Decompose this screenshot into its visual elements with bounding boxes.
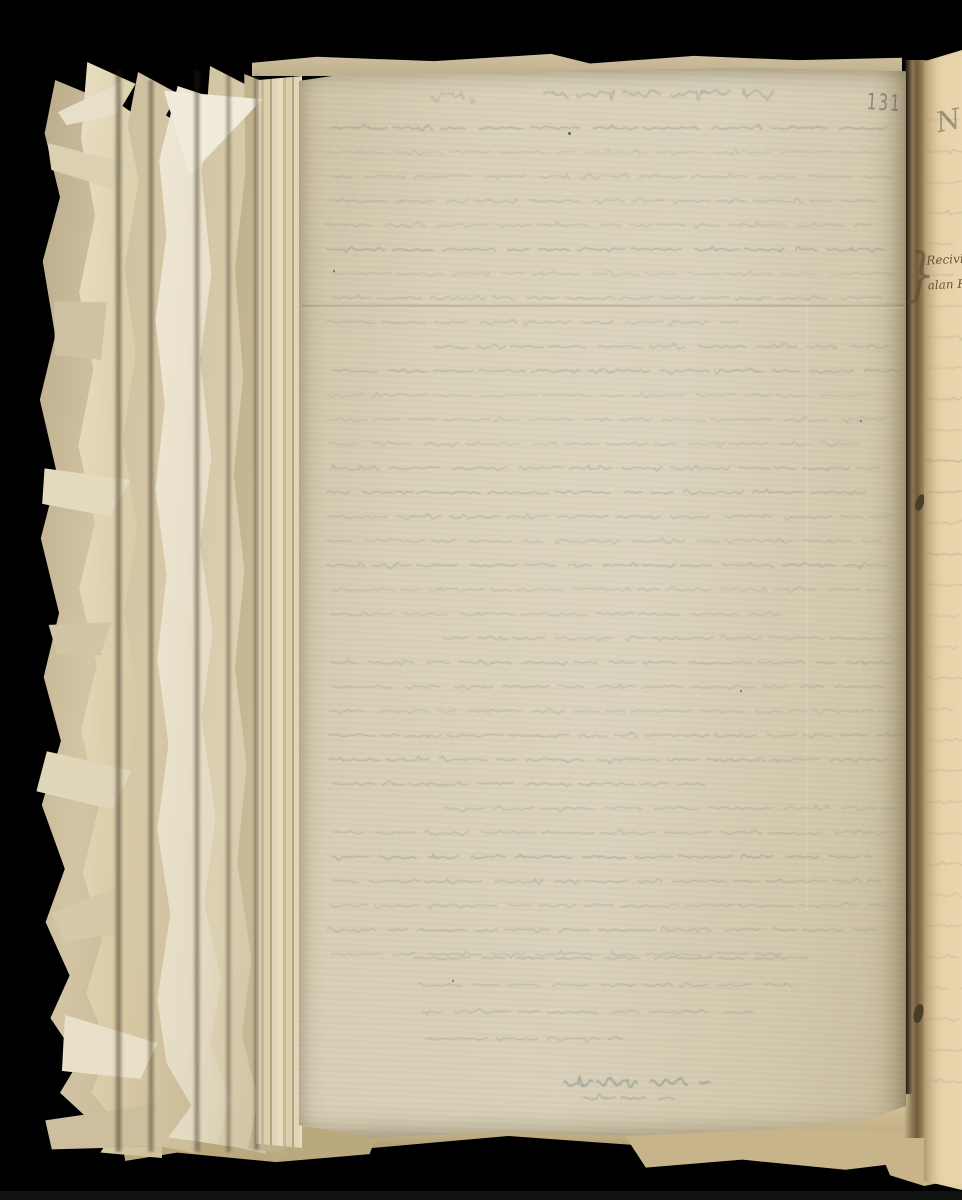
margin-note: Recivi alan P xyxy=(926,250,962,292)
photo-bottom-strip xyxy=(0,1191,962,1200)
paper-scratch xyxy=(806,300,808,910)
stack-crevice-shadow xyxy=(114,70,123,1152)
mirrored-bleed-through-text xyxy=(299,68,906,1140)
margin-note-line2: alan P xyxy=(927,275,962,292)
horizontal-fold-crease xyxy=(302,304,904,309)
dust-speck xyxy=(452,980,454,982)
photograph-of-manuscript: 131 } Recivi alan P N xyxy=(0,0,962,1200)
fore-edge-stripes xyxy=(256,76,302,1148)
stack-crevice-shadow xyxy=(147,80,155,1152)
stack-crevice-shadow xyxy=(253,76,260,1150)
dust-speck xyxy=(568,132,571,135)
stack-crevice-shadow xyxy=(225,74,232,1152)
stack-crevice-shadow xyxy=(193,70,201,1152)
dust-speck xyxy=(740,690,742,692)
dust-speck xyxy=(333,270,335,272)
folio-pencil-mark: 131 xyxy=(866,88,902,117)
margin-note-line1: Recivi xyxy=(926,250,962,267)
recto-bleed-fragments xyxy=(924,50,962,1190)
dust-speck xyxy=(860,420,862,422)
